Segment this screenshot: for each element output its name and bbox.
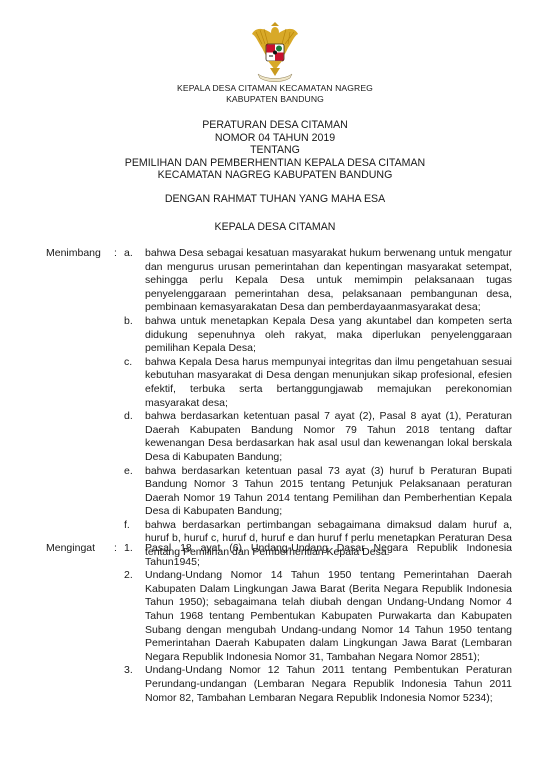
list-item-text: Pasal 18 ayat (6) Undang-Undang Dasar Ne… (145, 542, 512, 569)
letterhead-line-2: KABUPATEN BANDUNG (0, 94, 550, 105)
list-marker: 3. (124, 664, 133, 678)
list-marker: c. (124, 356, 132, 370)
mengingat-item: 1.Pasal 18 ayat (6) Undang-Undang Dasar … (0, 542, 550, 569)
preamble-rahmat: DENGAN RAHMAT TUHAN YANG MAHA ESA (0, 193, 550, 205)
title-line-3: TENTANG (0, 144, 550, 157)
garuda-pancasila-emblem-icon (250, 22, 300, 84)
menimbang-section: Menimbang : a.bahwa Desa sebagai kesatua… (0, 247, 550, 560)
letterhead-line-1: KEPALA DESA CITAMAN KECAMATAN NAGREG (0, 83, 550, 94)
menimbang-item: b.bahwa untuk menetapkan Kepala Desa yan… (0, 315, 550, 356)
title-line-4: PEMILIHAN DAN PEMBERHENTIAN KEPALA DESA … (0, 157, 550, 170)
mengingat-item: 3.Undang-Undang Nomor 12 Tahun 2011 tent… (0, 664, 550, 705)
list-item-text: bahwa Kepala Desa harus mempunyai integr… (145, 356, 512, 410)
list-marker: a. (124, 247, 133, 261)
list-item-text: bahwa berdasarkan ketentuan pasal 7 ayat… (145, 410, 512, 464)
menimbang-item: d.bahwa berdasarkan ketentuan pasal 7 ay… (0, 410, 550, 464)
preamble-kepala-desa: KEPALA DESA CITAMAN (0, 221, 550, 233)
title-line-5: KECAMATAN NAGREG KABUPATEN BANDUNG (0, 169, 550, 182)
title-line-1: PERATURAN DESA CITAMAN (0, 119, 550, 132)
list-marker: e. (124, 465, 133, 479)
letterhead: KEPALA DESA CITAMAN KECAMATAN NAGREG KAB… (0, 83, 550, 104)
menimbang-item: c.bahwa Kepala Desa harus mempunyai inte… (0, 356, 550, 410)
list-marker: f. (124, 519, 130, 533)
mengingat-section: Mengingat : 1.Pasal 18 ayat (6) Undang-U… (0, 542, 550, 705)
document-page: KEPALA DESA CITAMAN KECAMATAN NAGREG KAB… (0, 0, 550, 777)
list-item-text: Undang-Undang Nomor 12 Tahun 2011 tentan… (145, 664, 512, 705)
list-marker: 2. (124, 569, 133, 583)
regulation-title: PERATURAN DESA CITAMAN NOMOR 04 TAHUN 20… (0, 119, 550, 182)
list-marker: 1. (124, 542, 133, 556)
title-line-2: NOMOR 04 TAHUN 2019 (0, 132, 550, 145)
mengingat-list: 1.Pasal 18 ayat (6) Undang-Undang Dasar … (0, 542, 550, 705)
list-item-text: bahwa berdasarkan ketentuan pasal 73 aya… (145, 465, 512, 519)
list-item-text: bahwa untuk menetapkan Kepala Desa yang … (145, 315, 512, 356)
list-marker: d. (124, 410, 133, 424)
list-item-text: bahwa Desa sebagai kesatuan masyarakat h… (145, 247, 512, 315)
menimbang-list: a.bahwa Desa sebagai kesatuan masyarakat… (0, 247, 550, 560)
menimbang-item: a.bahwa Desa sebagai kesatuan masyarakat… (0, 247, 550, 315)
menimbang-item: e.bahwa berdasarkan ketentuan pasal 73 a… (0, 465, 550, 519)
list-marker: b. (124, 315, 133, 329)
mengingat-item: 2.Undang-Undang Nomor 14 Tahun 1950 tent… (0, 569, 550, 664)
list-item-text: Undang-Undang Nomor 14 Tahun 1950 tentan… (145, 569, 512, 664)
